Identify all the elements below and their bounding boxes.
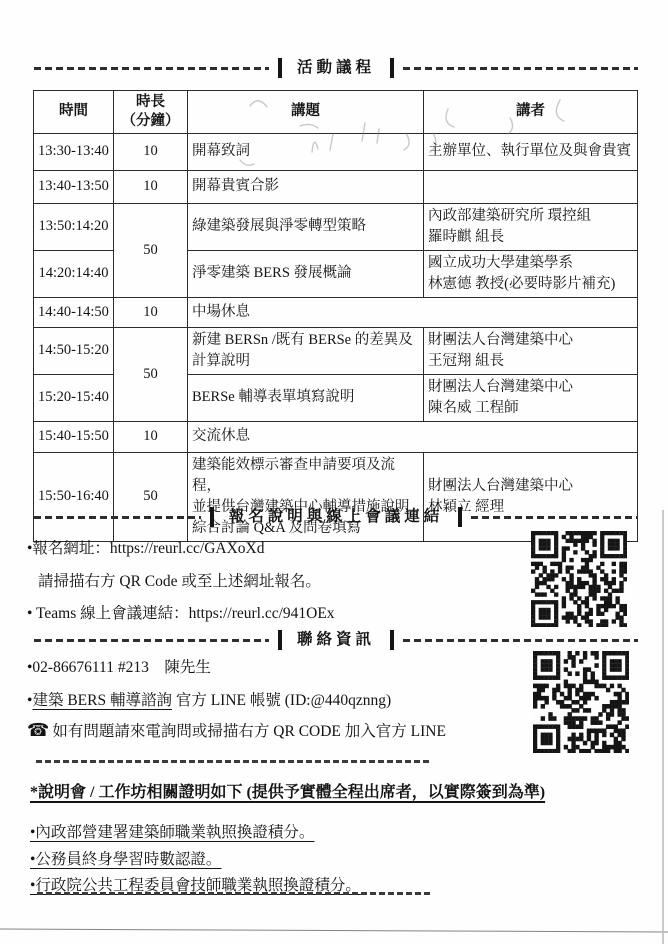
cell-duration: 10 [114, 170, 188, 203]
cell-topic: BERSe 輔導表單填寫說明 [188, 374, 424, 421]
contact-section-title: 聯絡資訊 [278, 630, 394, 650]
registration-scan-hint: 請掃描右方 QR Code 或至上述網址報名。 [27, 569, 321, 591]
agenda-table: 時間 時長 （分鐘） 講題 講者 13:30-13:40 10 開幕致詞 主辦單… [33, 90, 638, 542]
table-row: 14:40-14:50 10 中場休息 [34, 297, 638, 327]
cell-speaker: 財團法人台灣建築中心 林穎立 經理 [424, 452, 638, 541]
cell-duration-merged: 50 [114, 203, 188, 297]
dashed-divider [37, 892, 433, 895]
cell-duration: 10 [114, 421, 188, 452]
dashed-divider [36, 760, 432, 763]
cell-time: 14:20:14:40 [34, 250, 114, 297]
table-row: 13:40-13:50 10 開幕貴賓合影 [34, 170, 638, 203]
contact-section-header: 聯絡資訊 [34, 630, 638, 650]
registration-section-title: 報名說明與線上會議連結 [210, 507, 463, 527]
cell-time: 15:20-15:40 [34, 374, 114, 421]
table-row: 13:30-13:40 10 開幕致詞 主辦單位、執行單位及與會貴賓 [34, 133, 638, 170]
cell-time: 14:50-15:20 [34, 327, 114, 374]
cell-topic: 開幕致詞 [188, 133, 424, 170]
cell-duration-merged: 50 [114, 327, 188, 421]
cell-topic: 淨零建築 BERS 發展概論 [188, 250, 424, 297]
certification-item: •公務員終身學習時數認證。 [30, 847, 221, 869]
registration-qr-code [531, 531, 627, 627]
teams-link-line: • Teams 線上會議連結：https://reurl.cc/941OEx [27, 601, 335, 623]
line-qr-code [533, 651, 629, 753]
cell-speaker: 財團法人台灣建築中心 王冠翔 組長 [424, 327, 638, 374]
certification-item: •內政部營建署建築師職業執照換證積分。 [30, 820, 314, 842]
dashed-rule-right [403, 639, 638, 642]
certification-heading: *說明會 / 工作坊相關證明如下 (提供予實體全程出席者，以實際簽到為準) [30, 779, 545, 802]
cell-time: 15:40-15:50 [34, 421, 114, 452]
cell-time: 13:40-13:50 [34, 170, 114, 203]
cell-duration: 10 [114, 297, 188, 327]
cell-time: 13:30-13:40 [34, 133, 114, 170]
header-speaker: 講者 [424, 91, 638, 134]
agenda-section-header: 活動議程 [34, 58, 638, 78]
cell-speaker: 財團法人台灣建築中心 陳名威 工程師 [424, 374, 638, 421]
dashed-rule-right [471, 516, 638, 519]
cell-time: 13:50:14:20 [34, 203, 114, 250]
cell-topic: 開幕貴賓合影 [188, 170, 424, 203]
cell-topic-fullwidth: 交流休息 [188, 421, 638, 452]
dashed-rule-left [34, 639, 269, 642]
registration-url-line: •報名網址：https://reurl.cc/GAXoXd [27, 536, 264, 558]
table-row: 13:50:14:20 50 綠建築發展與淨零轉型策略 內政部建築研究所 環控組… [34, 203, 638, 250]
dashed-rule-left [34, 67, 269, 70]
cell-duration: 10 [114, 133, 188, 170]
agenda-section-title: 活動議程 [278, 58, 394, 78]
table-row: 14:50-15:20 50 新建 BERSn /既有 BERSe 的差異及 計… [34, 327, 638, 374]
cell-speaker: 內政部建築研究所 環控組 羅時麒 組長 [424, 203, 638, 250]
header-time: 時間 [34, 91, 114, 134]
table-row: 15:50-16:40 50 建築能效標示審查申請要項及流程， 並提供台灣建築中… [34, 452, 638, 541]
dashed-rule-right [403, 67, 638, 70]
contact-line-account: •建築 BERS 輔導諮詢 官方 LINE 帳號 (ID:@440qznng) [27, 688, 391, 710]
scanned-document-page: 活動議程 時間 時長 （分鐘） 講題 講者 13:30-13:40 10 開幕致… [0, 0, 668, 944]
contact-qr-hint-text: 如有問題請來電詢問或掃描右方 QR CODE 加入官方 LINE [52, 723, 446, 740]
header-topic: 講題 [188, 91, 424, 134]
cell-topic: 新建 BERSn /既有 BERSe 的差異及 計算說明 [188, 327, 424, 374]
contact-phone-line: •02-86676111 #213 陳先生 [27, 655, 211, 677]
phone-icon: ☎ [27, 720, 49, 741]
cell-speaker [424, 170, 638, 203]
scan-edge-line [0, 929, 668, 933]
dashed-rule-left [34, 516, 201, 519]
line-account-rest: 官方 LINE 帳號 (ID:@440qznng) [172, 692, 391, 709]
cell-speaker: 國立成功大學建築學系 林憲德 教授(必要時影片補充) [424, 250, 638, 297]
cell-time: 14:40-14:50 [34, 297, 114, 327]
table-row: 15:40-15:50 10 交流休息 [34, 421, 638, 452]
table-header-row: 時間 時長 （分鐘） 講題 講者 [34, 91, 638, 134]
scan-edge-right [662, 510, 664, 944]
cell-time: 15:50-16:40 [34, 452, 114, 541]
cell-topic: 建築能效標示審查申請要項及流程， 並提供台灣建築中心輔導措施說明 綜合討論 Q&… [188, 452, 424, 541]
cell-topic: 綠建築發展與淨零轉型策略 [188, 203, 424, 250]
cell-speaker: 主辦單位、執行單位及與會貴賓 [424, 133, 638, 170]
contact-qr-hint-line: ☎如有問題請來電詢問或掃描右方 QR CODE 加入官方 LINE [27, 719, 446, 741]
registration-section-header: 報名說明與線上會議連結 [34, 507, 638, 527]
cell-topic-fullwidth: 中場休息 [188, 297, 638, 327]
header-duration: 時長 （分鐘） [114, 91, 188, 134]
cell-duration: 50 [114, 452, 188, 541]
line-service-name: 建築 BERS 輔導諮詢 [32, 692, 172, 709]
